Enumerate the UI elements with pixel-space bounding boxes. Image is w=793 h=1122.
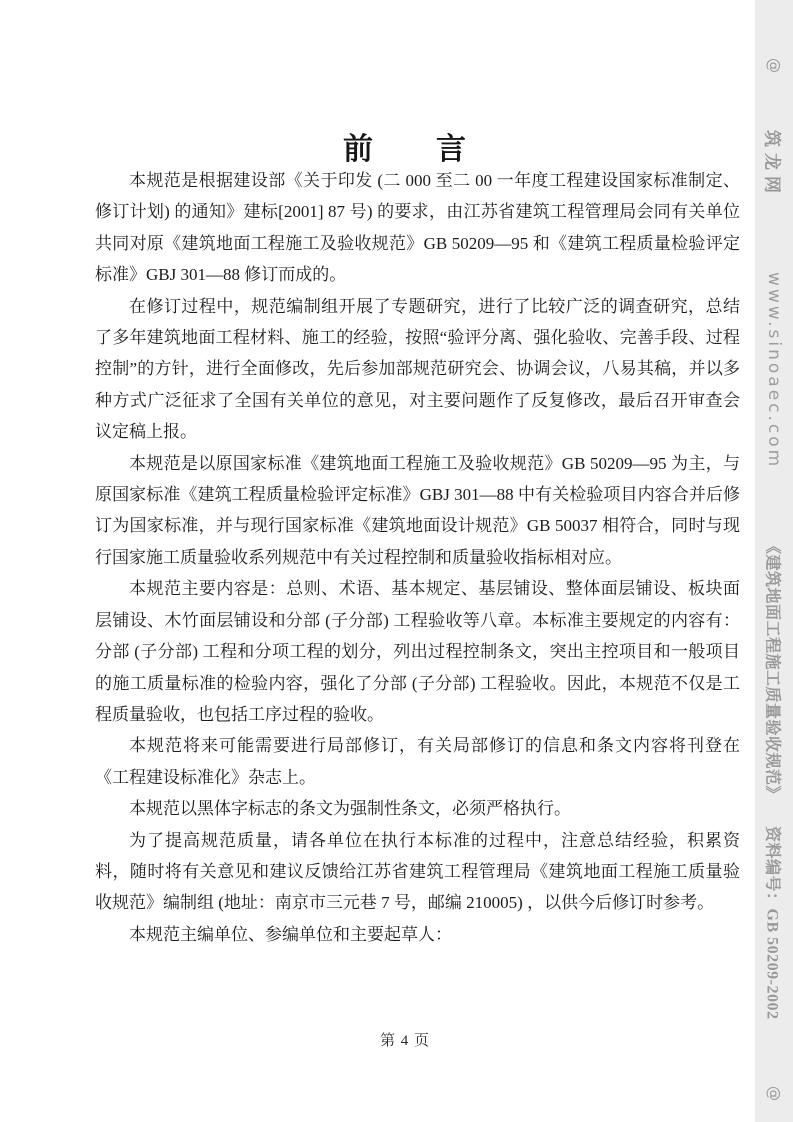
paragraph: 本规范以黑体字标志的条文为强制性条文，必须严格执行。: [95, 793, 740, 824]
right-sidebar: @ 筑龙网 www.sinoaec.com 《建筑地面工程施工质量验收规范》 资…: [755, 0, 793, 1122]
paragraph: 本规范是以原国家标准《建筑地面工程施工及验收规范》GB 50209—95 为主，…: [95, 448, 740, 574]
page-title: 前 言: [95, 131, 715, 169]
at-symbol-bottom: @: [765, 1086, 783, 1101]
paragraph: 本规范主编单位、参编单位和主要起草人：: [95, 919, 740, 950]
site-brand: 筑龙网: [762, 130, 787, 199]
watermark-doc-title: 《建筑地面工程施工质量验收规范》: [763, 538, 786, 802]
paragraph: 本规范是根据建设部《关于印发 (二 000 至二 00 一年度工程建设国家标准制…: [95, 165, 740, 291]
at-symbol-top: @: [765, 58, 783, 73]
paragraph: 为了提高规范质量，请各单位在执行本标准的过程中，注意总结经验，积累资料，随时将有…: [95, 825, 740, 919]
paragraph: 本规范主要内容是：总则、术语、基本规定、基层铺设、整体面层铺设、板块面层铺设、木…: [95, 573, 740, 730]
body-text: 本规范是根据建设部《关于印发 (二 000 至二 00 一年度工程建设国家标准制…: [95, 165, 740, 950]
page-number: 第 4 页: [95, 1029, 715, 1050]
paragraph: 本规范将来可能需要进行局部修订，有关局部修订的信息和条文内容将刊登在《工程建设标…: [95, 730, 740, 793]
paragraph: 在修订过程中，规范编制组开展了专题研究，进行了比较广泛的调查研究，总结了多年建筑…: [95, 291, 740, 448]
watermark-doc-ref: 资料编号：GB 50209-2002: [763, 826, 786, 1019]
site-url: www.sinoaec.com: [764, 272, 784, 469]
